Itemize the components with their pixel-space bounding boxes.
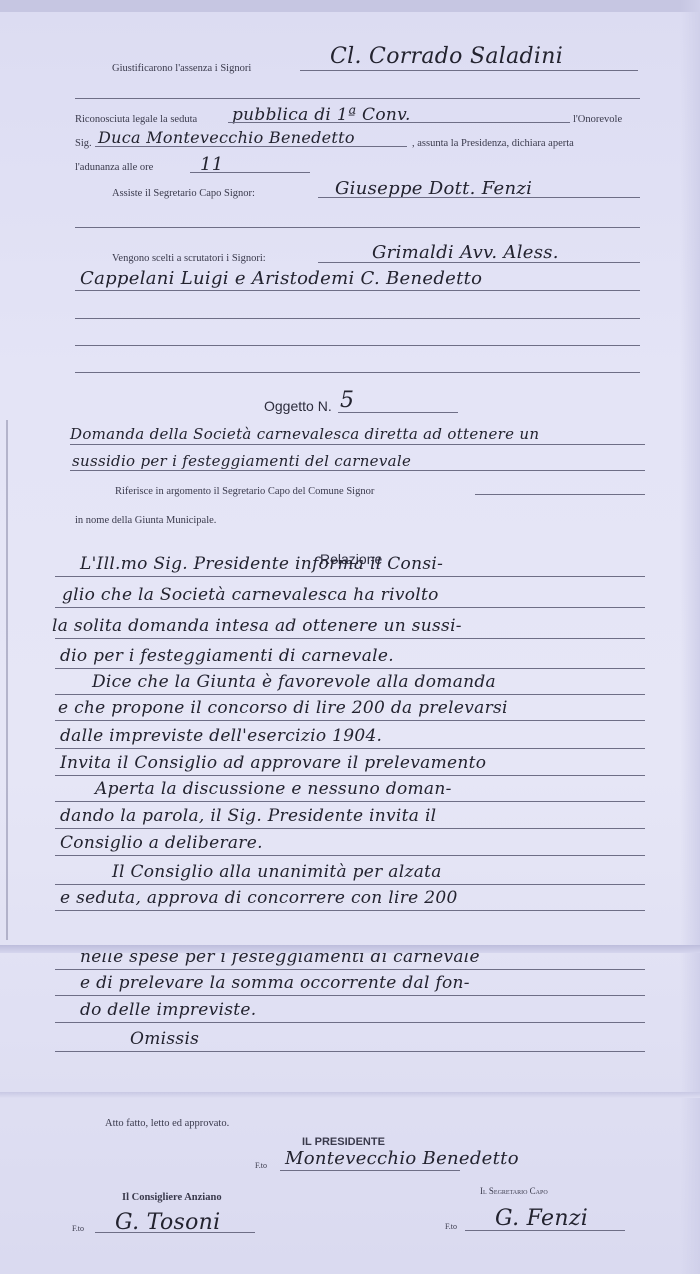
rule [75,318,640,319]
subject-number: 5 [340,388,354,413]
report-line: dalle impreviste dell'esercizio 1904. [60,726,382,746]
rule [55,775,645,776]
presidency-label: , assunta la Presidenza, dichiara aperta [412,138,574,149]
rule [55,1051,645,1052]
rule [55,884,645,885]
subject-line2: sussidio per i festeggiamenti del carnev… [72,452,411,470]
rule [55,576,645,577]
subject-line1: Domanda della Società carnevalesca diret… [70,425,539,443]
refers-label: Riferisce in argomento il Segretario Cap… [115,486,374,497]
report-line: do delle impreviste. [80,1000,257,1020]
rule [465,1230,625,1231]
rule [75,345,640,346]
approved-label: Atto fatto, letto ed approvato. [105,1118,229,1129]
report-line: Dice che la Giunta è favorevole alla dom… [92,672,496,692]
rule [55,748,645,749]
report-line: la solita domanda intesa ad ottenere un … [52,616,462,636]
report-line: Il Consiglio alla unanimità per alzata [112,862,442,882]
session-label: Riconosciuta legale la seduta [75,114,197,125]
report-line: e che propone il concorso di lire 200 da… [58,698,508,718]
document-page: Giustificarono l'assenza i Signori Cl. C… [0,0,700,1274]
president-signed-prefix: F.to [255,1161,267,1170]
rule [75,290,640,291]
scrutineers-line1: Grimaldi Avv. Aless. [372,242,559,263]
hour-label: l'adunanza alle ore [75,162,153,173]
report-line: dio per i festeggiamenti di carnevale. [60,646,394,666]
rule [55,607,645,608]
report-line: Aperta la discussione e nessuno doman- [95,779,452,799]
rule [338,412,458,413]
paper-fold [0,945,700,953]
rule [95,146,407,147]
scrutineers-line2: Cappelani Luigi e Aristodemi C. Benedett… [80,268,482,289]
giunta-label: in nome della Giunta Municipale. [75,515,216,526]
secretary-label: Assiste il Segretario Capo Signor: [112,188,255,199]
rule [55,801,645,802]
rule [55,910,645,911]
rule [318,197,640,198]
rule [75,98,640,99]
report-line: Consiglio a deliberare. [60,833,263,853]
paper-fold [0,1092,700,1098]
scrutineers-label: Vengono scelti a scrutatori i Signori: [112,253,266,264]
secretary-signature: G. Fenzi [495,1206,588,1231]
rule [55,1022,645,1023]
report-line: Invita il Consiglio ad approvare il prel… [60,753,486,773]
rule [55,668,645,669]
report-line: L'Ill.mo Sig. Presidente informa il Cons… [80,554,443,574]
rule [70,444,645,445]
elder-title: Il Consigliere Anziano [122,1192,222,1203]
report-line: dando la parola, il Sig. Presidente invi… [60,806,436,826]
rule [75,372,640,373]
rule [475,494,645,495]
secretary-title: Il Segretario Capo [480,1186,548,1196]
secretary-value: Giuseppe Dott. Fenzi [335,178,532,199]
rule [55,828,645,829]
rule [95,1232,255,1233]
rule [55,969,645,970]
elder-signed-prefix: F.to [72,1224,84,1233]
absence-value: Cl. Corrado Saladini [330,44,563,69]
rule [55,638,645,639]
report-line: Omissis [130,1029,199,1049]
report-line: glio che la Società carnevalesca ha rivo… [62,585,439,605]
absence-label: Giustificarono l'assenza i Signori [112,63,251,74]
rule [70,470,645,471]
sig-value: Duca Montevecchio Benedetto [98,128,355,147]
page-edge-shadow [680,0,700,1274]
president-signature: Montevecchio Benedetto [285,1148,519,1169]
rule [300,70,638,71]
report-line: e di prelevare la somma occorrente dal f… [80,973,470,993]
rule [55,995,645,996]
report-line: e seduta, approva di concorrere con lire… [60,888,458,908]
secretary-signed-prefix: F.to [445,1222,457,1231]
honorable-label: l'Onorevole [573,114,622,125]
sig-label: Sig. [75,138,92,149]
rule [190,172,310,173]
rule [55,855,645,856]
rule [228,122,570,123]
president-title: IL PRESIDENTE [302,1136,385,1148]
rule [55,694,645,695]
rule [55,720,645,721]
margin-rule [6,420,8,940]
rule [75,227,640,228]
rule [318,262,640,263]
subject-label: Oggetto N. [264,398,332,414]
rule [280,1170,460,1171]
scan-edge [0,0,700,12]
